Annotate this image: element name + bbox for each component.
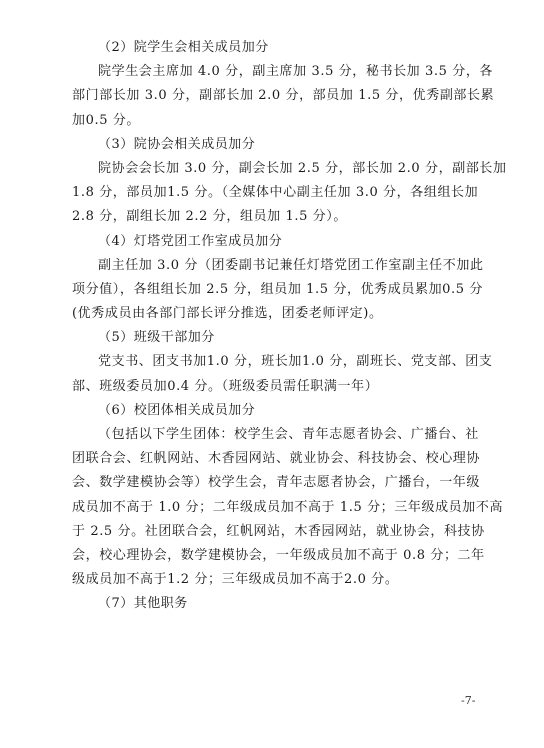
section-heading-school-groups: （6）校团体相关成员加分 <box>72 399 468 423</box>
paragraph-line: 会、数学建模协会等）校学生会，青年志愿者协会，广播台，一年级 <box>72 471 468 495</box>
paragraph-line: 部、班级委员加0.4 分。（班级委员需任职满一年） <box>72 375 468 399</box>
paragraph-line: 项分值），各组组长加 2.5 分，组员加 1.5 分，优秀成员累加0.5 分 <box>72 278 468 302</box>
page-number: -7- <box>461 694 475 707</box>
section-heading-class-cadre: （5）班级干部加分 <box>72 326 468 350</box>
paragraph-line: （包括以下学生团体：校学生会、青年志愿者协会、广播台、社 <box>72 423 468 447</box>
paragraph-line: (优秀成员由各部门部长评分推选，团委老师评定)。 <box>72 302 468 326</box>
paragraph-line: 团联合会、红帆网站、木香园网站、就业协会、科技协会、校心理协 <box>72 447 468 471</box>
section-heading-student-union: （2）院学生会相关成员加分 <box>72 36 468 60</box>
section-heading-lighthouse-studio: （4）灯塔党团工作室成员加分 <box>72 230 468 254</box>
paragraph-line: 院学生会主席加 4.0 分，副主席加 3.5 分，秘书长加 3.5 分，各 <box>72 60 468 84</box>
paragraph-line: 党支书、团支书加1.0 分，班长加1.0 分，副班长、党支部、团支 <box>72 350 468 374</box>
paragraph-line: 级成员加不高于1.2 分；三年级成员加不高于2.0 分。 <box>72 568 468 592</box>
paragraph-line: 加0.5 分。 <box>72 109 468 133</box>
paragraph-line: 会，校心理协会，数学建模协会，一年级成员加不高于 0.8 分；二年 <box>72 544 468 568</box>
paragraph-line: 1.8 分，部员加1.5 分。（全媒体中心副主任加 3.0 分，各组组长加 <box>72 181 468 205</box>
section-heading-college-association: （3）院协会相关成员加分 <box>72 133 468 157</box>
paragraph-line: 部门部长加 3.0 分，副部长加 2.0 分，部员加 1.5 分，优秀副部长累 <box>72 84 468 108</box>
document-page: （2）院学生会相关成员加分 院学生会主席加 4.0 分，副主席加 3.5 分，秘… <box>72 36 468 617</box>
paragraph-line: 2.8 分，副组长加 2.2 分，组员加 1.5 分）。 <box>72 205 468 229</box>
paragraph-line: 院协会会长加 3.0 分，副会长加 2.5 分，部长加 2.0 分，副部长加 <box>72 157 468 181</box>
paragraph-line: 于 2.5 分。社团联合会，红帆网站，木香园网站，就业协会，科技协 <box>72 520 468 544</box>
section-heading-other-positions: （7）其他职务 <box>72 592 468 616</box>
paragraph-line: 成员加不高于 1.0 分；二年级成员加不高于 1.5 分；三年级成员加不高 <box>72 496 468 520</box>
paragraph-line: 副主任加 3.0 分（团委副书记兼任灯塔党团工作室副主任不加此 <box>72 254 468 278</box>
